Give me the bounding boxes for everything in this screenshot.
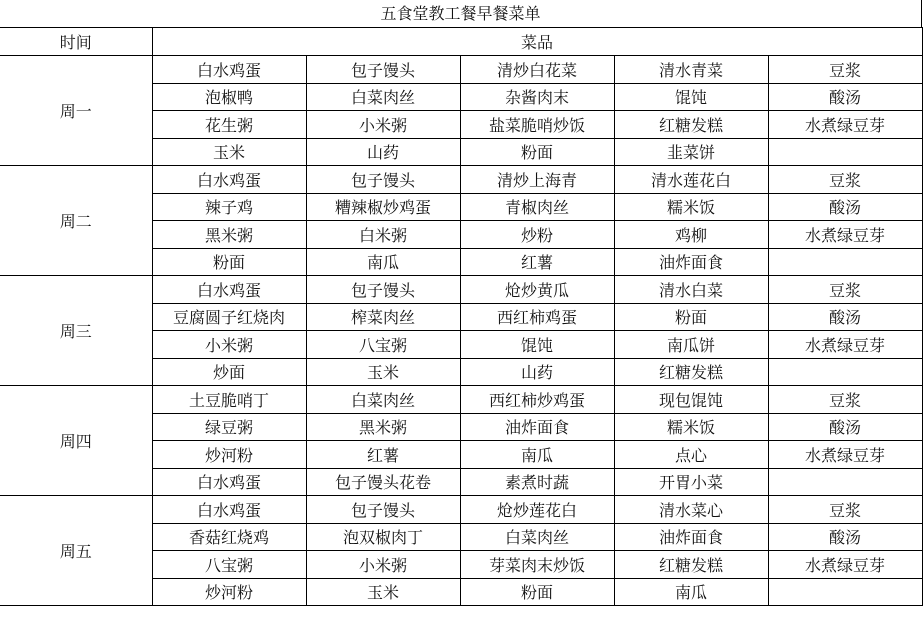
dish-cell: 水煮绿豆芽 <box>768 441 922 469</box>
dish-cell: 韭菜饼 <box>614 138 768 166</box>
dish-cell: 油炸面食 <box>614 248 768 276</box>
dish-cell: 南瓜饼 <box>614 331 768 359</box>
dish-cell: 白菜肉丝 <box>306 83 460 111</box>
dish-cell: 酸汤 <box>768 193 922 221</box>
dish-cell: 粉面 <box>614 303 768 331</box>
dish-cell: 包子馒头 <box>306 56 460 84</box>
dish-cell: 花生粥 <box>152 111 306 139</box>
dish-cell: 八宝粥 <box>152 551 306 579</box>
dish-cell: 青椒肉丝 <box>460 193 614 221</box>
dish-cell: 清水莲花白 <box>614 166 768 194</box>
dish-cell: 小米粥 <box>306 111 460 139</box>
dish-cell: 白米粥 <box>306 221 460 249</box>
dish-cell: 炒河粉 <box>152 441 306 469</box>
menu-row: 周五白水鸡蛋包子馒头炝炒莲花白清水菜心豆浆 <box>0 496 922 524</box>
dish-cell: 白水鸡蛋 <box>152 166 306 194</box>
dish-cell: 泡双椒肉丁 <box>306 523 460 551</box>
dish-cell: 水煮绿豆芽 <box>768 111 922 139</box>
dish-cell: 包子馒头花卷 <box>306 468 460 496</box>
dish-cell <box>768 578 922 606</box>
dish-cell <box>768 248 922 276</box>
dish-cell: 红糖发糕 <box>614 551 768 579</box>
day-label: 周五 <box>0 496 152 606</box>
dish-cell: 水煮绿豆芽 <box>768 331 922 359</box>
dish-cell: 点心 <box>614 441 768 469</box>
dish-cell: 油炸面食 <box>460 413 614 441</box>
dish-cell: 白水鸡蛋 <box>152 56 306 84</box>
menu-row: 周二白水鸡蛋包子馒头清炒上海青清水莲花白豆浆 <box>0 166 922 194</box>
day-label: 周三 <box>0 276 152 386</box>
dish-cell: 水煮绿豆芽 <box>768 551 922 579</box>
dish-cell: 西红柿炒鸡蛋 <box>460 386 614 414</box>
dish-cell: 玉米 <box>152 138 306 166</box>
dish-cell: 黑米粥 <box>306 413 460 441</box>
dish-cell: 油炸面食 <box>614 523 768 551</box>
dish-cell: 水煮绿豆芽 <box>768 221 922 249</box>
dish-cell: 粉面 <box>152 248 306 276</box>
dish-cell: 玉米 <box>306 578 460 606</box>
dish-cell: 白菜肉丝 <box>460 523 614 551</box>
dish-cell: 小米粥 <box>306 551 460 579</box>
dish-cell: 清水白菜 <box>614 276 768 304</box>
dish-cell: 馄饨 <box>460 331 614 359</box>
dish-cell: 红薯 <box>306 441 460 469</box>
menu-row: 周一白水鸡蛋包子馒头清炒白花菜清水青菜豆浆 <box>0 56 922 84</box>
dish-cell: 豆浆 <box>768 496 922 524</box>
dish-cell: 清水菜心 <box>614 496 768 524</box>
dish-cell: 清炒白花菜 <box>460 56 614 84</box>
dish-cell: 白水鸡蛋 <box>152 496 306 524</box>
day-label: 周二 <box>0 166 152 276</box>
dish-cell: 酸汤 <box>768 83 922 111</box>
dish-cell: 酸汤 <box>768 413 922 441</box>
dish-cell: 黑米粥 <box>152 221 306 249</box>
dish-cell: 糯米饭 <box>614 193 768 221</box>
dish-cell: 红薯 <box>460 248 614 276</box>
dish-cell <box>768 358 922 386</box>
dish-cell: 炒面 <box>152 358 306 386</box>
dish-cell: 清炒上海青 <box>460 166 614 194</box>
dish-cell: 包子馒头 <box>306 496 460 524</box>
dish-cell: 清水青菜 <box>614 56 768 84</box>
dish-cell: 南瓜 <box>306 248 460 276</box>
dish-cell: 西红柿鸡蛋 <box>460 303 614 331</box>
day-label: 周一 <box>0 56 152 166</box>
dish-cell: 豆浆 <box>768 56 922 84</box>
dish-cell: 酸汤 <box>768 523 922 551</box>
dish-cell: 八宝粥 <box>306 331 460 359</box>
dish-cell: 南瓜 <box>614 578 768 606</box>
dish-cell: 炝炒黄瓜 <box>460 276 614 304</box>
dish-cell: 杂酱肉末 <box>460 83 614 111</box>
dish-cell <box>768 468 922 496</box>
dish-cell: 包子馒头 <box>306 166 460 194</box>
dish-cell: 白水鸡蛋 <box>152 468 306 496</box>
dish-cell: 糯米饭 <box>614 413 768 441</box>
dish-cell: 白水鸡蛋 <box>152 276 306 304</box>
menu-row: 周四土豆脆哨丁白菜肉丝西红柿炒鸡蛋现包馄饨豆浆 <box>0 386 922 414</box>
dish-cell: 山药 <box>460 358 614 386</box>
dish-cell: 馄饨 <box>614 83 768 111</box>
dish-cell: 糟辣椒炒鸡蛋 <box>306 193 460 221</box>
dish-cell: 白菜肉丝 <box>306 386 460 414</box>
dish-cell: 粉面 <box>460 138 614 166</box>
dish-cell: 炝炒莲花白 <box>460 496 614 524</box>
dish-cell: 红糖发糕 <box>614 111 768 139</box>
dish-cell: 现包馄饨 <box>614 386 768 414</box>
menu-row: 周三白水鸡蛋包子馒头炝炒黄瓜清水白菜豆浆 <box>0 276 922 304</box>
header-time: 时间 <box>0 28 152 56</box>
dish-cell: 粉面 <box>460 578 614 606</box>
dish-cell: 开胃小菜 <box>614 468 768 496</box>
header-row: 时间 菜品 <box>0 28 922 56</box>
dish-cell: 豆浆 <box>768 276 922 304</box>
dish-cell: 芽菜肉末炒饭 <box>460 551 614 579</box>
dish-cell: 鸡柳 <box>614 221 768 249</box>
dish-cell: 炒河粉 <box>152 578 306 606</box>
dish-cell: 土豆脆哨丁 <box>152 386 306 414</box>
dish-cell: 泡椒鸭 <box>152 83 306 111</box>
day-label: 周四 <box>0 386 152 496</box>
dish-cell: 盐菜脆哨炒饭 <box>460 111 614 139</box>
dish-cell <box>768 138 922 166</box>
dish-cell: 豆浆 <box>768 386 922 414</box>
dish-cell: 酸汤 <box>768 303 922 331</box>
dish-cell: 山药 <box>306 138 460 166</box>
header-dishes: 菜品 <box>152 28 922 56</box>
dish-cell: 榨菜肉丝 <box>306 303 460 331</box>
dish-cell: 素煮时蔬 <box>460 468 614 496</box>
dish-cell: 辣子鸡 <box>152 193 306 221</box>
dish-cell: 炒粉 <box>460 221 614 249</box>
dish-cell: 豆浆 <box>768 166 922 194</box>
dish-cell: 小米粥 <box>152 331 306 359</box>
dish-cell: 绿豆粥 <box>152 413 306 441</box>
menu-title: 五食堂教工餐早餐菜单 <box>0 0 922 27</box>
dish-cell: 包子馒头 <box>306 276 460 304</box>
dish-cell: 豆腐圆子红烧肉 <box>152 303 306 331</box>
dish-cell: 玉米 <box>306 358 460 386</box>
dish-cell: 香菇红烧鸡 <box>152 523 306 551</box>
menu-sheet: 五食堂教工餐早餐菜单 时间 菜品 周一白水鸡蛋包子馒头清炒白花菜清水青菜豆浆泡椒… <box>0 0 922 620</box>
dish-cell: 南瓜 <box>460 441 614 469</box>
breakfast-menu-table: 时间 菜品 周一白水鸡蛋包子馒头清炒白花菜清水青菜豆浆泡椒鸭白菜肉丝杂酱肉末馄饨… <box>0 27 923 606</box>
dish-cell: 红糖发糕 <box>614 358 768 386</box>
